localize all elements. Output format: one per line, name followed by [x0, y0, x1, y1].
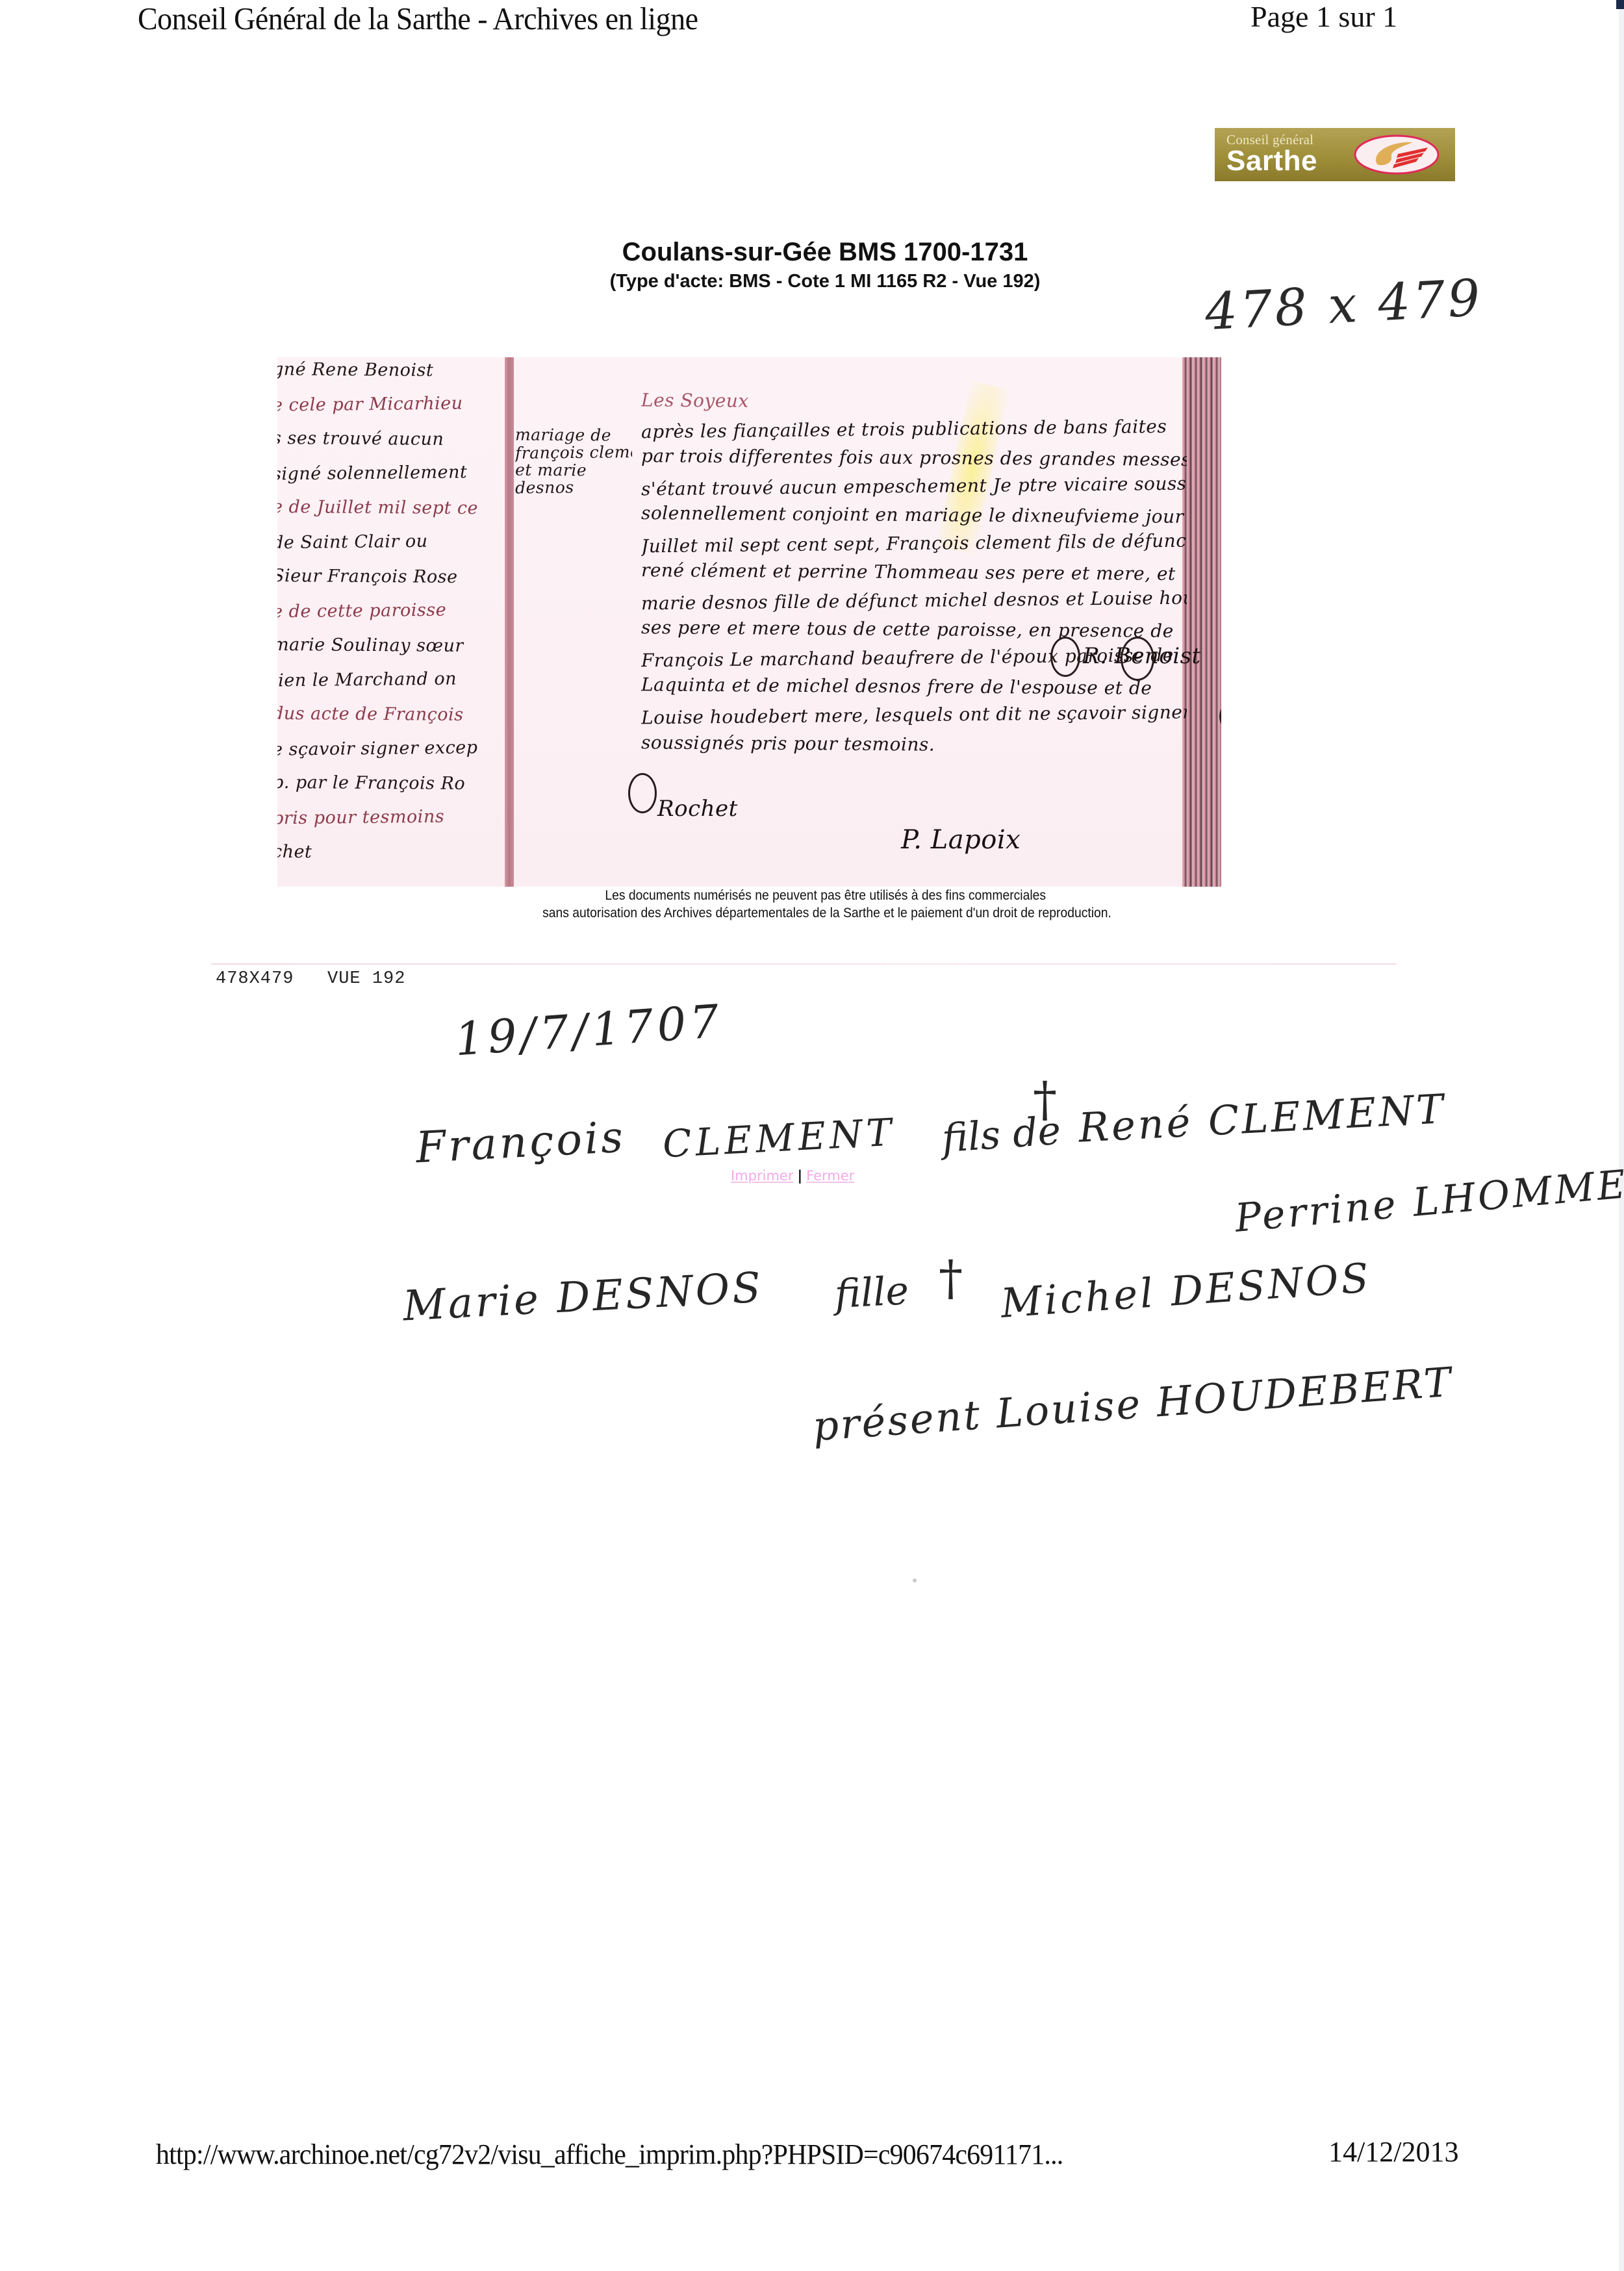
register-binding [1182, 357, 1221, 887]
manuscript-line: Louise houdebert mere, lesquels ont dit … [641, 702, 1187, 729]
print-header-title: Conseil Général de la Sarthe - Archives … [138, 0, 698, 38]
copyright-notice-line-2: sans autorisation des Archives départeme… [65, 905, 1559, 922]
handwritten-groom-first-name: François [414, 1112, 626, 1173]
handwritten-bride: Marie DESNOS [401, 1264, 764, 1331]
signature-flourish [1050, 637, 1080, 677]
manuscript-line: marie Soulinay sœur [277, 635, 464, 656]
manuscript-line: ses pere et mere tous de cette paroisse,… [641, 616, 1174, 642]
manuscript-line: françois clement [515, 442, 632, 463]
handwritten-bride-relation: fille [833, 1268, 909, 1317]
manuscript-line: marie desnos fille de défunct michel des… [641, 587, 1187, 615]
scan-edge-mark [1616, 0, 1624, 9]
manuscript-line: solennellement conjoint en mariage le di… [641, 502, 1187, 527]
signature: Rochet [657, 796, 738, 822]
manuscript-line: e sçavoir signer excep [277, 737, 478, 759]
footer-print-date: 14/12/2013 [1328, 2135, 1458, 2170]
manuscript-line: pris pour tesmoins [277, 807, 444, 829]
deceased-cross-icon: † [939, 1250, 963, 1306]
handwritten-date: 19/7/1707 [453, 995, 725, 1067]
handwritten-bride-mother: présent Louise HOUDEBERT [811, 1358, 1454, 1451]
signature: P. Lapoix [901, 825, 1021, 855]
link-separator: | [793, 1168, 806, 1184]
manuscript-line: e de cette paroisse [277, 600, 446, 622]
manuscript-line: soussignés pris pour tesmoins. [641, 731, 935, 755]
close-link[interactable]: Fermer [806, 1168, 854, 1184]
page-gutter [505, 357, 514, 887]
manuscript-line: Les Soyeux [641, 389, 749, 411]
manuscript-line: et marie [515, 461, 587, 480]
manuscript-line: gné Rene Benoist [277, 359, 433, 381]
manuscript-line: e cele par Micarhieu [277, 393, 463, 415]
copyright-notice-line-1: Les documents numérisés ne peuvent pas ê… [65, 887, 1559, 904]
manuscript-line: de Saint Clair ou [277, 531, 428, 553]
manuscript-line: dus acte de François [277, 704, 464, 725]
logo-title: Sarthe [1226, 145, 1317, 177]
print-page-number: Page 1 sur 1 [1250, 0, 1397, 35]
print-actions: Imprimer|Fermer [731, 1167, 854, 1184]
manuscript-line: p. par le François Ro [277, 772, 465, 794]
manuscript-line: e de Juillet mil sept ce [277, 497, 478, 518]
deceased-cross-icon: † [1033, 1072, 1057, 1128]
signature-flourish [628, 773, 657, 813]
manuscript-line: après les fiançailles et trois publicati… [641, 416, 1167, 442]
manuscript-line: rené clément et perrine Thommeau ses per… [641, 559, 1176, 585]
manuscript-line: mariage de [515, 425, 611, 444]
sarthe-emblem-icon [1351, 133, 1442, 176]
divider [211, 963, 1397, 965]
manuscript-line: par trois differentes fois aux prosnes d… [641, 445, 1187, 470]
manuscript-line: s ses trouvé aucun [277, 428, 444, 450]
scan-speck [913, 1579, 917, 1582]
print-link[interactable]: Imprimer [731, 1168, 793, 1184]
document-title: Coulans-sur-Gée BMS 1700-1731 [0, 237, 1624, 267]
image-caption: 478X479 VUE 192 [216, 968, 405, 990]
manuscript-line: signé solennellement [277, 462, 467, 484]
scanned-register-image[interactable]: gné Rene Benoiste cele par Micarhieus se… [277, 357, 1221, 887]
manuscript-line: Laquinta et de michel desnos frere de l'… [641, 674, 1152, 698]
signature-flourish [1121, 637, 1154, 681]
manuscript-line: desnos [515, 478, 574, 498]
sarthe-logo: Conseil général Sarthe [1215, 128, 1455, 181]
scan-edge [1619, 0, 1624, 2271]
manuscript-line: Juillet mil sept cent sept, François cle… [641, 530, 1187, 557]
manuscript-line: lien le Marchand on [277, 669, 457, 691]
handwritten-groom-mother: Perrine LHOMMEAU [1233, 1156, 1624, 1241]
footer-url: http://www.archinoe.net/cg72v2/visu_affi… [156, 2137, 1063, 2172]
handwritten-groom-surname: CLEMENT [661, 1110, 896, 1167]
handwritten-groom-father: René CLEMENT [1077, 1085, 1447, 1152]
manuscript-line: s'étant trouvé aucun empeschement Je ptr… [641, 473, 1187, 500]
manuscript-line: chet [277, 842, 312, 862]
manuscript-line: Sieur François Rose [277, 566, 458, 587]
handwritten-bride-father: Michel DESNOS [999, 1254, 1373, 1327]
